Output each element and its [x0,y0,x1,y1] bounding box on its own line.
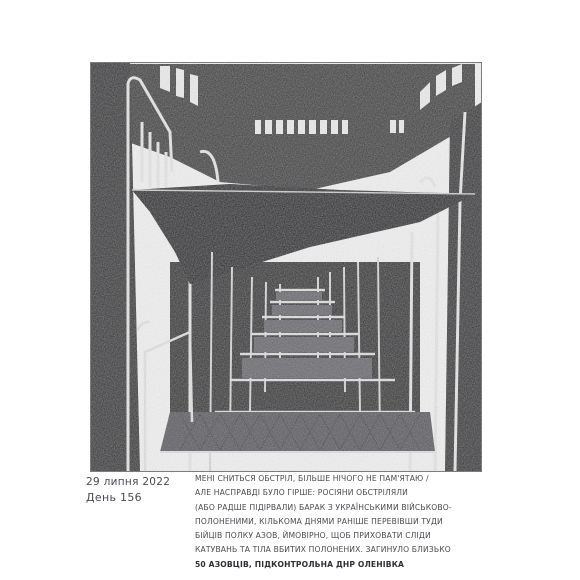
barracks-drawing [90,62,482,472]
caption-line: бійців полку Азов, ймовірно, щоб прихова… [195,529,495,543]
caption-text: Мені сниться обстріл, більше нічого не п… [195,472,495,572]
caption-line: Мені сниться обстріл, більше нічого не п… [195,472,495,486]
caption-date-block: 29 липня 2022 День 156 [86,474,196,506]
caption-line: катувань та тіла вбитих полонених. Загин… [195,543,495,557]
caption-date: 29 липня 2022 [86,474,196,490]
caption-day: День 156 [86,490,196,506]
caption-line: (або радше підірвали) барак з українськи… [195,501,495,515]
caption-line: 50 азовців, підконтрольна ДНР Оленівка [195,558,495,572]
caption-line: полоненими, кількома днями раніше переві… [195,515,495,529]
caption-line: Але насправді було гірше: росіяни обстрі… [195,486,495,500]
